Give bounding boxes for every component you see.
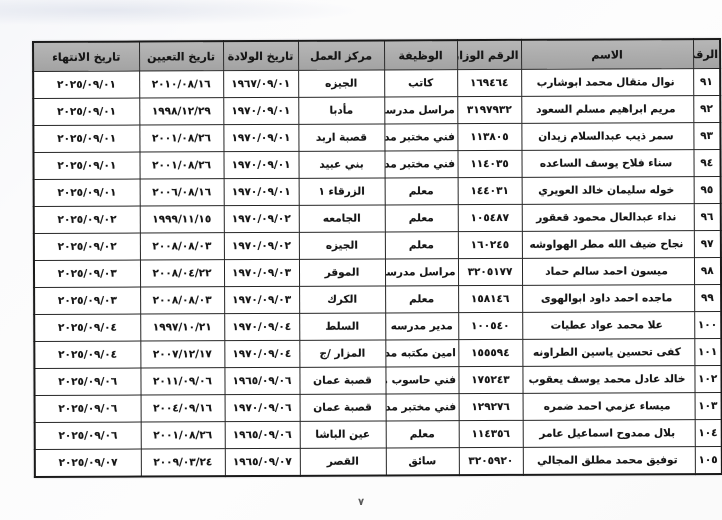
cell-row-number: ١٠٢: [694, 365, 721, 392]
cell-end-date: ٢٠٢٥/٠٩/٠٤: [34, 314, 140, 341]
cell-birth-date: ١٩٧٠/٠٩/٠١: [224, 178, 299, 205]
cell-hire-date: ٢٠١١/٠٩/٠٦: [140, 368, 224, 395]
cell-end-date: ٢٠٢٥/٠٩/٠١: [33, 71, 139, 98]
cell-end-date: ٢٠٢٥/٠٩/٠٦: [35, 422, 141, 449]
cell-ministry-number: ١٥٨١٤٦: [458, 285, 522, 312]
table-row: ٩١نوال متقال محمد ابوشارب١٦٩٤٦٤كاتبالجيز…: [33, 68, 720, 98]
cell-name: خوله سليمان خالد العويري: [522, 177, 694, 205]
cell-end-date: ٢٠٢٥/٠٩/٠٤: [34, 341, 140, 368]
cell-work-center: مأدبا: [298, 97, 384, 124]
cell-work-center: الزرقاء ١: [299, 178, 385, 205]
cell-hire-date: ٢٠٠١/٠٨/٢٦: [139, 152, 223, 179]
cell-end-date: ٢٠٢٥/٠٩/٠١: [33, 98, 139, 125]
cell-job-title: فني مختبر مدرسة: [384, 151, 457, 178]
table-row: ١٠٠علا محمد عواد عطيات١٠٠٥٤٠مدير مدرسهال…: [34, 311, 721, 341]
cell-row-number: ٩١: [693, 68, 720, 95]
cell-hire-date: ٢٠٠٦/٠٨/١٦: [140, 179, 224, 206]
cell-ministry-number: ٣١٩٧٩٣٢: [457, 96, 521, 123]
cell-name: سمر ذيب عبدالسلام زيدان: [521, 123, 693, 151]
table-row: ٩٨ميسون احمد سالم حماد٣٢٠٥١٧٧مراسل مدرسه…: [34, 257, 721, 287]
cell-hire-date: ٢٠١٠/٠٨/١٦: [139, 71, 223, 98]
cell-job-title: امين مكتبه مدرسه: [385, 340, 458, 367]
cell-hire-date: ٢٠٠٨/٠٨/٠٣: [140, 287, 224, 314]
cell-row-number: ١٠١: [694, 338, 721, 365]
cell-row-number: ٩٧: [694, 230, 721, 257]
cell-job-title: فني مختبر مدرسة: [386, 394, 459, 421]
cell-row-number: ٩٤: [693, 149, 720, 176]
cell-name: سناء فلاح يوسف الساعده: [521, 150, 693, 178]
cell-name: نداء عبدالعال محمود قعقور: [522, 204, 694, 232]
cell-row-number: ٩٣: [693, 122, 720, 149]
cell-job-title: فني مختبر مدرسة: [384, 124, 457, 151]
cell-birth-date: ١٩٧٠/٠٩/٠٣: [224, 259, 299, 286]
column-header-end-date: تاريخ الانتهاء: [33, 42, 139, 72]
cell-end-date: ٢٠٢٥/٠٩/٠٦: [35, 395, 141, 422]
cell-birth-date: ١٩٧٠/٠٩/٠٤: [224, 340, 299, 367]
cell-row-number: ١٠٣: [695, 392, 722, 419]
cell-work-center: الجامعه: [299, 205, 385, 232]
cell-job-title: مدير مدرسه: [385, 313, 458, 340]
table-row: ١٠٣ميساء عزمي احمد ضمره١٢٩٢٧٦فني مختبر م…: [35, 392, 722, 422]
cell-ministry-number: ١٠٥٤٨٧: [458, 204, 522, 231]
cell-work-center: قصبة عمان: [299, 367, 385, 394]
cell-row-number: ١٠٠: [694, 311, 721, 338]
cell-job-title: مراسل مدرسه: [385, 259, 458, 286]
column-header-job-title: الوظيفة: [384, 40, 457, 70]
cell-ministry-number: ٣٢٠٥١٧٧: [458, 258, 522, 285]
column-header-ministry-number: الرقم الوزاري: [457, 40, 521, 70]
cell-row-number: ٩٥: [694, 176, 721, 203]
cell-name: خالد عادل محمد يوسف يعقوب: [522, 366, 694, 394]
cell-hire-date: ١٩٩٩/١١/١٥: [140, 206, 224, 233]
cell-hire-date: ٢٠٠٨/٠٤/٢٢: [140, 260, 224, 287]
cell-end-date: ٢٠٢٥/٠٩/٠١: [33, 125, 139, 152]
cell-birth-date: ١٩٧٠/٠٩/٠١: [223, 124, 298, 151]
table-row: ٩٧نجاح ضيف الله مطر الهواوشه١٦٠٢٤٥معلمال…: [34, 230, 721, 260]
cell-work-center: الكرك: [299, 286, 385, 313]
cell-hire-date: ٢٠٠٤/٠٩/١٦: [141, 395, 225, 422]
cell-name: ميساء عزمي احمد ضمره: [523, 393, 695, 421]
cell-work-center: المزار /ج: [299, 340, 385, 367]
cell-row-number: ٩٩: [694, 284, 721, 311]
cell-end-date: ٢٠٢٥/٠٩/٠٧: [35, 449, 141, 476]
cell-hire-date: ١٩٩٨/١٢/٢٩: [139, 98, 223, 125]
cell-work-center: القصر: [300, 448, 386, 475]
cell-birth-date: ١٩٦٥/٠٩/٠٧: [225, 448, 300, 475]
cell-birth-date: ١٩٦٧/٠٩/٠١: [223, 70, 298, 97]
cell-end-date: ٢٠٢٥/٠٩/٠٢: [34, 233, 140, 260]
column-header-birth-date: تاريخ الولادة: [223, 41, 298, 71]
column-header-number: الرقم: [693, 39, 720, 69]
cell-name: نوال متقال محمد ابوشارب: [521, 69, 693, 97]
cell-job-title: فني حاسوب مدرسة: [385, 367, 458, 394]
cell-job-title: معلم: [385, 286, 458, 313]
cell-ministry-number: ١٤٤٠٣١: [458, 177, 522, 204]
cell-job-title: معلم: [385, 178, 458, 205]
table-row: ١٠٤بلال ممدوح اسماعيل عامر١١٤٣٥٦معلمعين …: [35, 419, 722, 449]
cell-name: كفى تحسين ياسين الطراونه: [522, 339, 694, 367]
table-header-row: الرقم الاسم الرقم الوزاري الوظيفة مركز ا…: [33, 39, 720, 71]
cell-birth-date: ١٩٧٠/٠٩/٠٤: [224, 313, 299, 340]
cell-work-center: بني عبيد: [298, 151, 384, 178]
table-row: ٩٩ماجده احمد داود ابوالهوى١٥٨١٤٦معلمالكر…: [34, 284, 721, 314]
cell-hire-date: ٢٠٠٩/٠٣/٢٤: [141, 449, 225, 476]
table-row: ٩٤سناء فلاح يوسف الساعده١١٤٠٣٥فني مختبر …: [33, 149, 720, 179]
cell-work-center: الموقر: [299, 259, 385, 286]
cell-end-date: ٢٠٢٥/٠٩/٠٦: [34, 368, 140, 395]
table-row: ٩٣سمر ذيب عبدالسلام زيدان١١٣٨٠٥فني مختبر…: [33, 122, 720, 152]
cell-job-title: معلم: [385, 232, 458, 259]
cell-end-date: ٢٠٢٥/٠٩/٠٣: [34, 260, 140, 287]
cell-work-center: السلط: [299, 313, 385, 340]
table-body: ٩١نوال متقال محمد ابوشارب١٦٩٤٦٤كاتبالجيز…: [33, 68, 722, 476]
table-row: ١٠٢خالد عادل محمد يوسف يعقوب١٧٥٢٤٣فني حا…: [34, 365, 721, 395]
cell-row-number: ٩٢: [693, 95, 720, 122]
cell-birth-date: ١٩٦٥/٠٩/٠٦: [224, 367, 299, 394]
cell-end-date: ٢٠٢٥/٠٩/٠١: [33, 152, 139, 179]
cell-work-center: الجيزه: [298, 70, 384, 97]
cell-birth-date: ١٩٧٠/٠٩/٠٦: [225, 394, 300, 421]
cell-ministry-number: ١٧٥٢٤٣: [458, 366, 522, 393]
cell-ministry-number: ٣٢٠٥٩٢٠: [459, 447, 523, 474]
cell-name: علا محمد عواد عطيات: [522, 312, 694, 340]
cell-birth-date: ١٩٧٠/٠٩/٠٢: [224, 205, 299, 232]
cell-hire-date: ١٩٩٧/١٠/٢١: [140, 314, 224, 341]
cell-end-date: ٢٠٢٥/٠٩/٠٣: [34, 287, 140, 314]
cell-end-date: ٢٠٢٥/٠٩/٠١: [34, 179, 140, 206]
cell-birth-date: ١٩٧٠/٠٩/٠١: [223, 97, 298, 124]
cell-name: ميسون احمد سالم حماد: [522, 258, 694, 286]
table-row: ٩٥خوله سليمان خالد العويري١٤٤٠٣١معلمالزر…: [34, 176, 721, 206]
table-row: ١٠٥توفيق محمد مطلق المجالي٣٢٠٥٩٢٠سائقالق…: [35, 446, 722, 476]
page-number: ٧: [352, 497, 370, 508]
cell-hire-date: ٢٠٠٨/٠٨/٠٣: [140, 233, 224, 260]
cell-work-center: الجيزه: [299, 232, 385, 259]
cell-ministry-number: ١١٤٣٥٦: [459, 420, 523, 447]
cell-work-center: عين الباشا: [300, 421, 386, 448]
cell-ministry-number: ١٦٩٤٦٤: [457, 69, 521, 96]
cell-ministry-number: ١٦٠٢٤٥: [458, 231, 522, 258]
table-row: ١٠١كفى تحسين ياسين الطراونه١٥٥٥٩٤امين مك…: [34, 338, 721, 368]
cell-work-center: قصبة عمان: [300, 394, 386, 421]
column-header-hire-date: تاريخ التعيين: [139, 41, 223, 71]
column-header-name: الاسم: [521, 39, 693, 69]
cell-job-title: معلم: [386, 421, 459, 448]
cell-job-title: مراسل مدرسه: [384, 97, 457, 124]
cell-name: نجاح ضيف الله مطر الهواوشه: [522, 231, 694, 259]
table-row: ٩٦نداء عبدالعال محمود قعقور١٠٥٤٨٧معلمالج…: [34, 203, 721, 233]
cell-birth-date: ١٩٦٥/٠٩/٠٦: [225, 421, 300, 448]
cell-row-number: ٩٨: [694, 257, 721, 284]
cell-birth-date: ١٩٧٠/٠٩/٠٢: [224, 232, 299, 259]
cell-hire-date: ٢٠٠١/٠٨/٢٦: [139, 125, 223, 152]
cell-name: توفيق محمد مطلق المجالي: [523, 447, 695, 475]
cell-birth-date: ١٩٧٠/٠٩/٠١: [223, 151, 298, 178]
cell-job-title: سائق: [386, 448, 459, 475]
cell-row-number: ٩٦: [694, 203, 721, 230]
cell-work-center: قصبة اربد: [298, 124, 384, 151]
cell-row-number: ١٠٤: [695, 419, 722, 446]
cell-ministry-number: ١٢٩٢٧٦: [459, 393, 523, 420]
scanned-document-page: { "page": { "number_label": "٧" }, "colo…: [0, 0, 722, 520]
cell-birth-date: ١٩٧٠/٠٩/٠٣: [224, 286, 299, 313]
cell-ministry-number: ١١٤٠٣٥: [457, 150, 521, 177]
scan-smudge: [0, 0, 360, 26]
cell-name: مريم ابراهيم مسلم السعود: [521, 96, 693, 124]
cell-name: بلال ممدوح اسماعيل عامر: [523, 420, 695, 448]
cell-ministry-number: ١١٣٨٠٥: [457, 123, 521, 150]
cell-name: ماجده احمد داود ابوالهوى: [522, 285, 694, 313]
staff-table: الرقم الاسم الرقم الوزاري الوظيفة مركز ا…: [32, 38, 722, 478]
cell-job-title: معلم: [385, 205, 458, 232]
cell-ministry-number: ١٠٠٥٤٠: [458, 312, 522, 339]
column-header-work-center: مركز العمل: [298, 40, 384, 70]
cell-ministry-number: ١٥٥٥٩٤: [458, 339, 522, 366]
cell-hire-date: ٢٠٠٧/١٢/١٧: [140, 341, 224, 368]
cell-job-title: كاتب: [384, 70, 457, 97]
cell-hire-date: ٢٠٠١/٠٨/٢٦: [141, 422, 225, 449]
cell-end-date: ٢٠٢٥/٠٩/٠٢: [34, 206, 140, 233]
cell-row-number: ١٠٥: [695, 446, 722, 473]
table-row: ٩٢مريم ابراهيم مسلم السعود٣١٩٧٩٣٢مراسل م…: [33, 95, 720, 125]
